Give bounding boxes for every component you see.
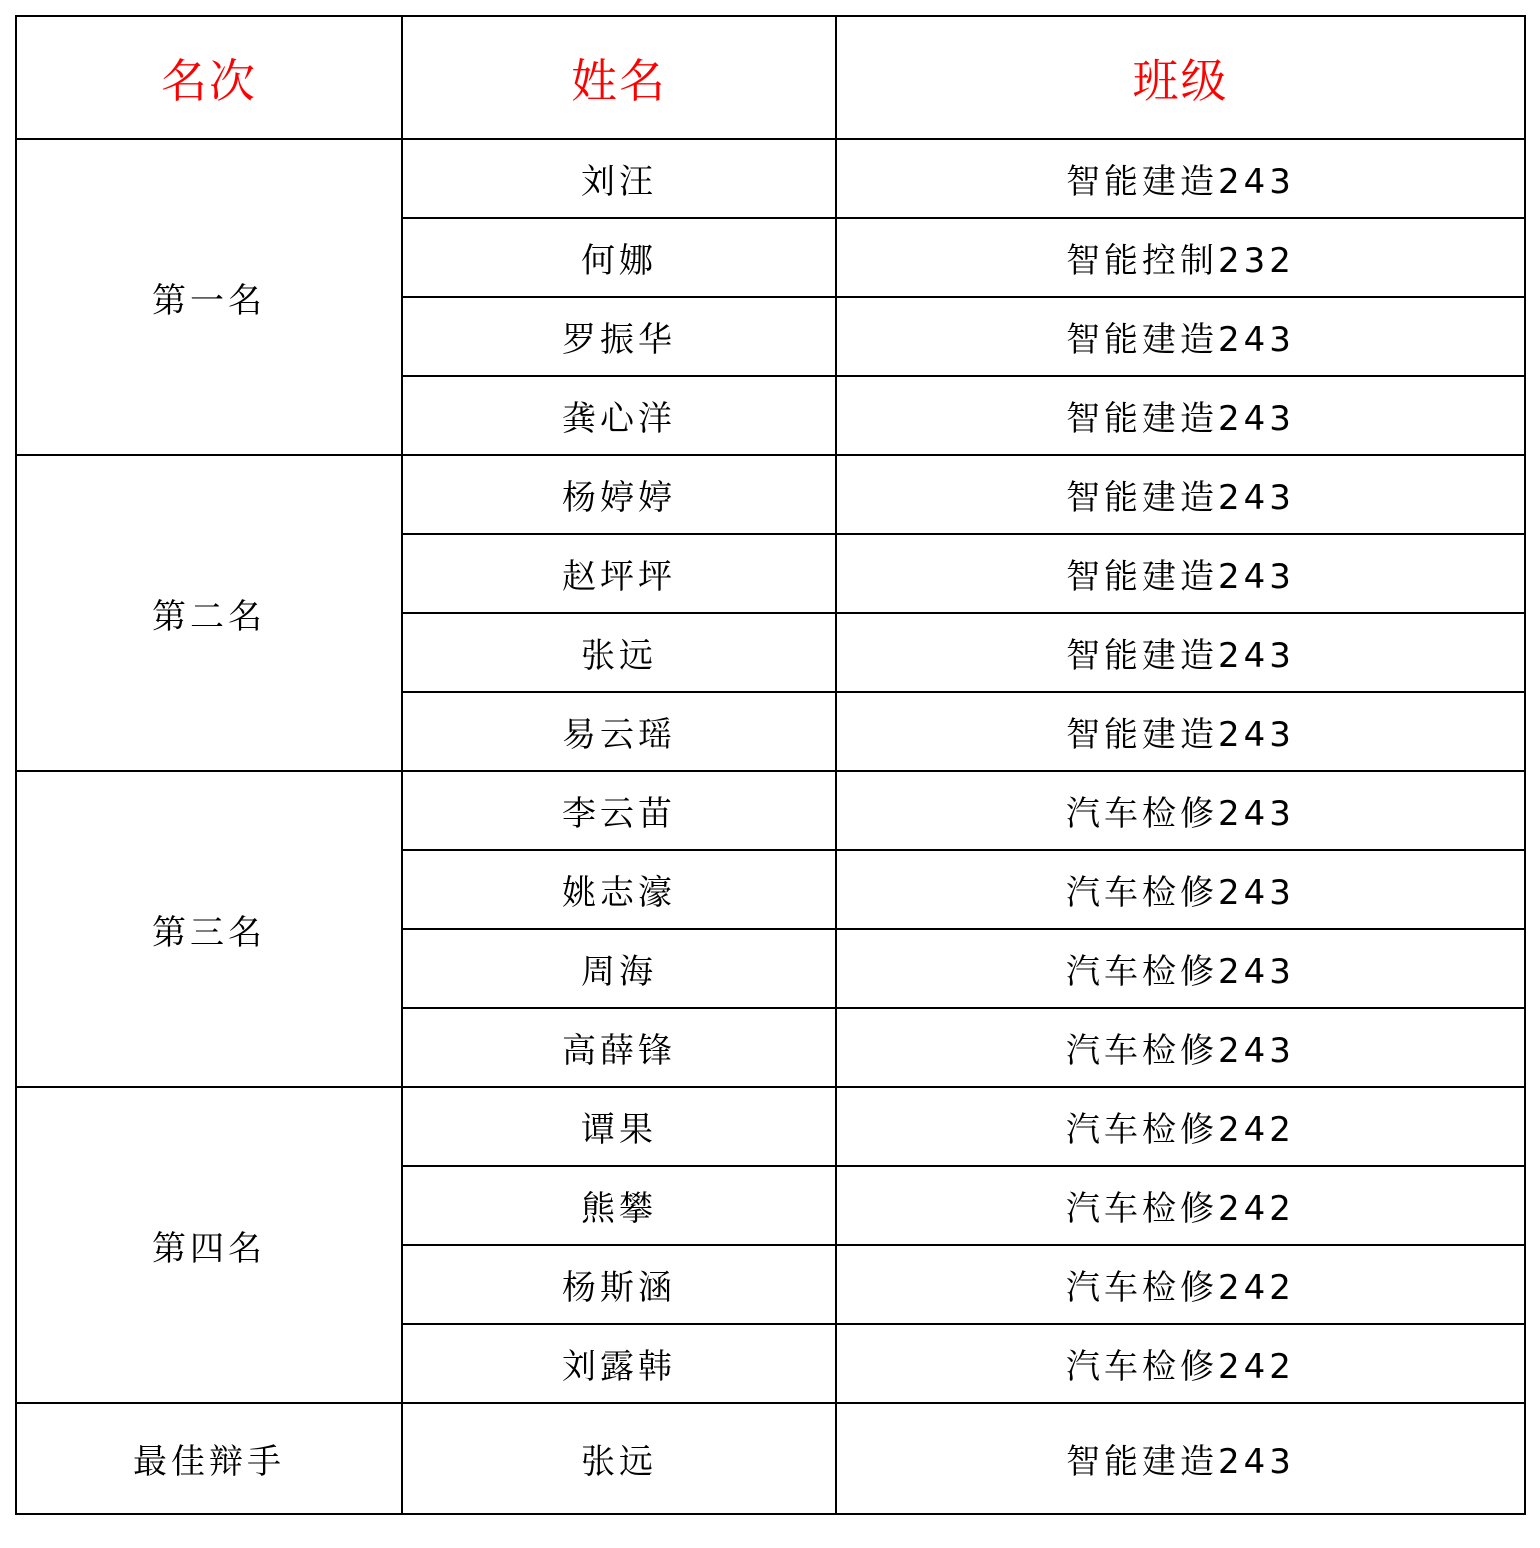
name-cell: 赵坪坪 [402,534,836,613]
class-cell: 智能建造243 [836,455,1525,534]
class-cell: 汽车检修243 [836,1008,1525,1087]
header-row: 名次 姓名 班级 [16,16,1525,139]
name-cell: 杨斯涵 [402,1245,836,1324]
table-row: 第一名 刘汪 智能建造243 [16,139,1525,218]
rank-cell: 第二名 [16,455,402,771]
name-cell: 杨婷婷 [402,455,836,534]
header-name: 姓名 [402,16,836,139]
name-cell: 姚志濠 [402,850,836,929]
results-table-container: 名次 姓名 班级 第一名 刘汪 智能建造243 何娜 智能控制232 罗振华 智… [15,15,1526,1515]
class-cell: 汽车检修242 [836,1324,1525,1403]
table-row: 第三名 李云苗 汽车检修243 [16,771,1525,850]
table-row: 第二名 杨婷婷 智能建造243 [16,455,1525,534]
name-cell: 谭果 [402,1087,836,1166]
class-cell: 汽车检修242 [836,1166,1525,1245]
name-cell: 熊攀 [402,1166,836,1245]
name-cell: 罗振华 [402,297,836,376]
name-cell: 易云瑶 [402,692,836,771]
class-cell: 智能建造243 [836,1403,1525,1514]
name-cell: 刘汪 [402,139,836,218]
header-rank: 名次 [16,16,402,139]
results-table: 名次 姓名 班级 第一名 刘汪 智能建造243 何娜 智能控制232 罗振华 智… [15,15,1526,1515]
name-cell: 张远 [402,1403,836,1514]
name-cell: 李云苗 [402,771,836,850]
class-cell: 汽车检修243 [836,929,1525,1008]
class-cell: 智能建造243 [836,692,1525,771]
name-cell: 张远 [402,613,836,692]
rank-cell: 第三名 [16,771,402,1087]
class-cell: 智能建造243 [836,297,1525,376]
name-cell: 周海 [402,929,836,1008]
class-cell: 智能建造243 [836,534,1525,613]
rank-cell: 第四名 [16,1087,402,1403]
name-cell: 刘露韩 [402,1324,836,1403]
class-cell: 智能建造243 [836,613,1525,692]
name-cell: 龚心洋 [402,376,836,455]
class-cell: 汽车检修242 [836,1245,1525,1324]
class-cell: 汽车检修242 [836,1087,1525,1166]
name-cell: 何娜 [402,218,836,297]
class-cell: 智能控制232 [836,218,1525,297]
table-row: 第四名 谭果 汽车检修242 [16,1087,1525,1166]
class-cell: 智能建造243 [836,139,1525,218]
name-cell: 高薛锋 [402,1008,836,1087]
header-class: 班级 [836,16,1525,139]
class-cell: 汽车检修243 [836,850,1525,929]
class-cell: 智能建造243 [836,376,1525,455]
rank-cell: 最佳辩手 [16,1403,402,1514]
class-cell: 汽车检修243 [836,771,1525,850]
rank-cell: 第一名 [16,139,402,455]
best-debater-row: 最佳辩手 张远 智能建造243 [16,1403,1525,1514]
